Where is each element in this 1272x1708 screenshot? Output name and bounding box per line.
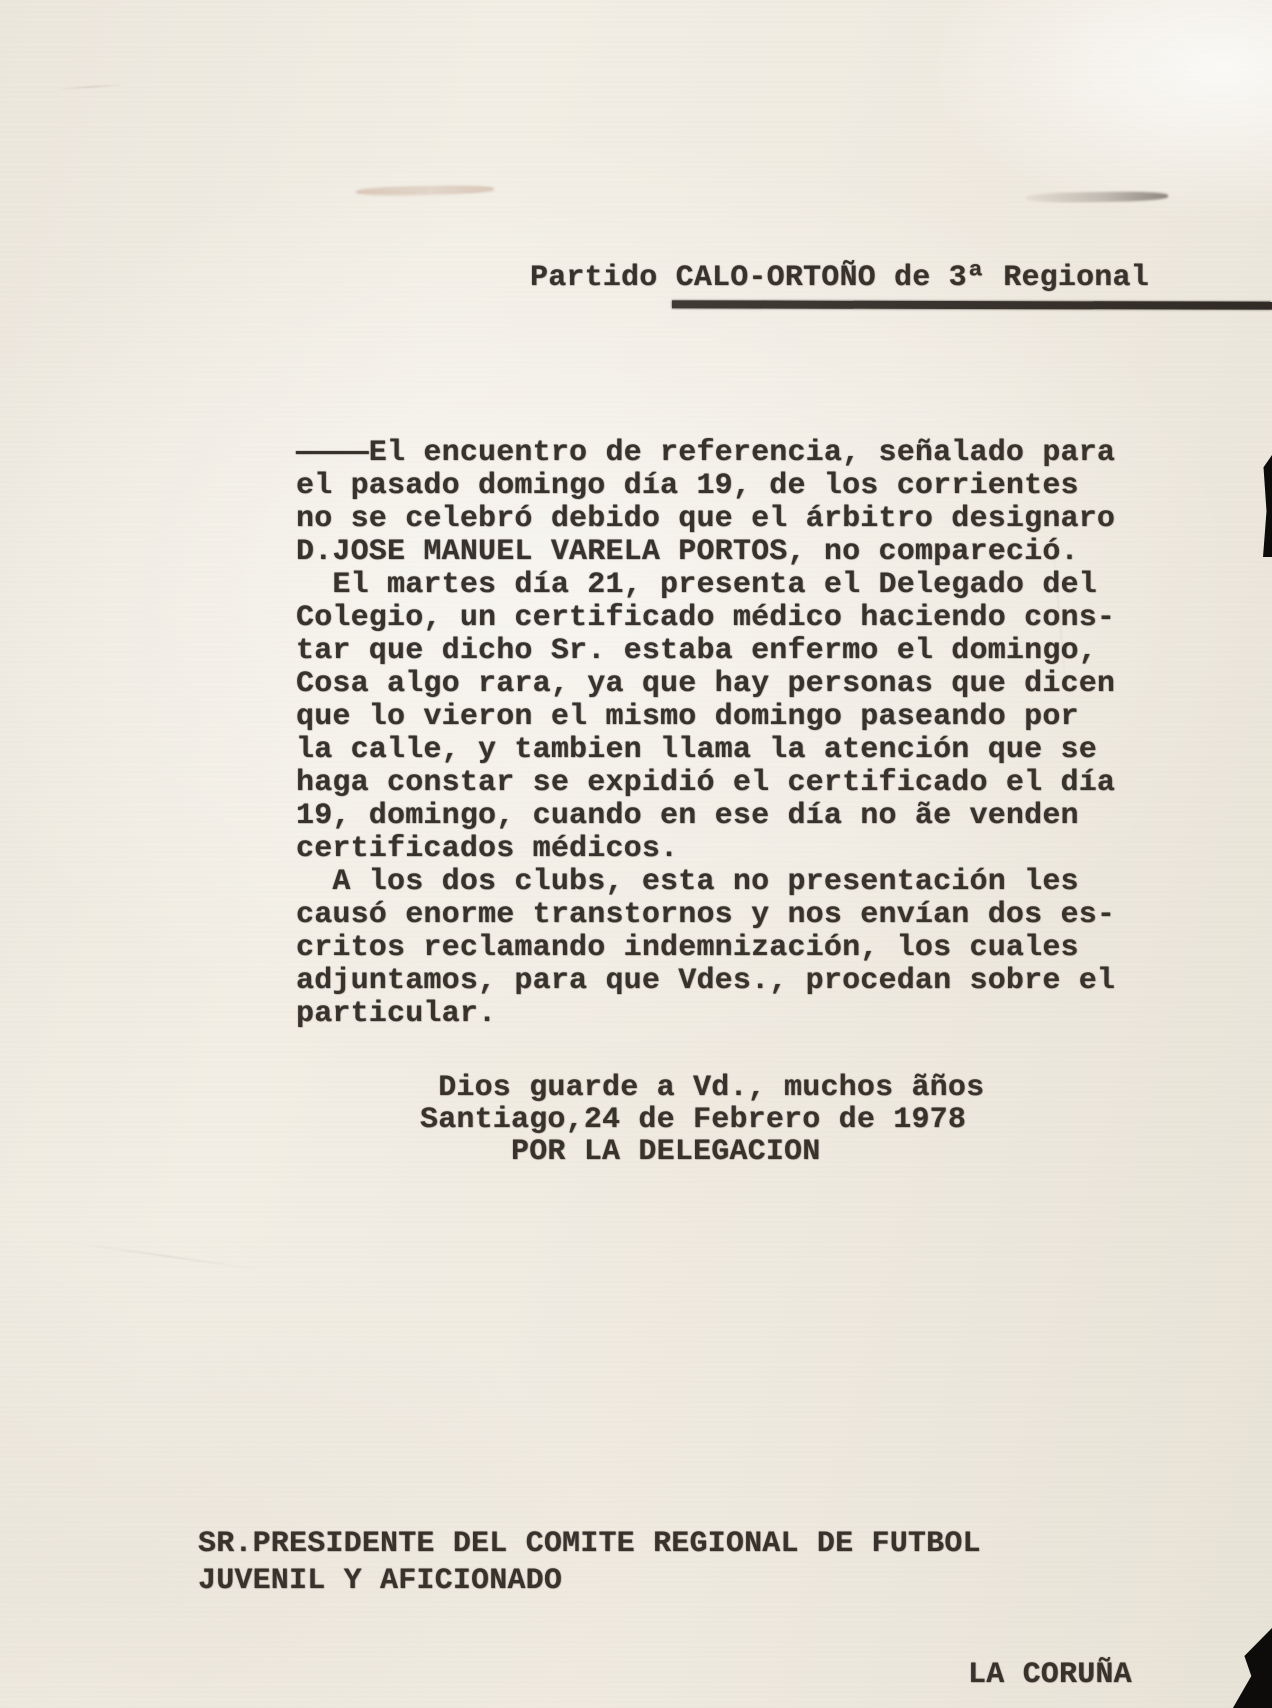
body-line: no se celebró debido que el árbitro desi…: [296, 503, 1115, 536]
body-line: critos reclamando indemnización, los cua…: [296, 932, 1115, 965]
torn-edge-corner: [1226, 1628, 1272, 1708]
addressee-block: SR.PRESIDENTE DEL COMITE REGIONAL DE FUT…: [198, 1526, 981, 1600]
body-line: Cosa algo rara, ya que hay personas que …: [296, 668, 1115, 701]
closing-line-signature: POR LA DELEGACION: [420, 1136, 984, 1168]
body-line: certificados médicos.: [296, 833, 1115, 866]
subject-prefix: Partido: [530, 261, 676, 295]
paper-crease: [55, 84, 125, 91]
closing-line: Dios guarde a Vd., muchos ãños: [420, 1072, 984, 1104]
subject-line: Partido CALO-ORTOÑO de 3ª Regional: [530, 262, 1149, 295]
body-line: Colegio, un certificado médico haciendo …: [296, 602, 1115, 635]
pencil-smudge-right: [1026, 191, 1168, 203]
body-line: El martes día 21, presenta el Delegado d…: [296, 569, 1115, 602]
torn-edge-right: [1262, 455, 1272, 557]
place-name: LA CORUÑA: [968, 1659, 1132, 1692]
body-line: tar que dicho Sr. estaba enfermo el domi…: [296, 635, 1115, 668]
body-line: que lo vieron el mismo domingo paseando …: [296, 701, 1115, 734]
body-line: causó enorme transtornos y nos envían do…: [296, 899, 1115, 932]
body-line: D.JOSE MANUEL VARELA PORTOS, no comparec…: [296, 536, 1115, 569]
addressee-line: JUVENIL Y AFICIONADO: [198, 1563, 981, 1600]
paper-crease: [71, 1242, 259, 1270]
pencil-smudge-left: [356, 185, 494, 197]
subject-underline: [672, 300, 1272, 309]
body-line: particular.: [296, 998, 1115, 1031]
letter-body: ————El encuentro de referencia, señalado…: [296, 437, 1115, 1031]
letter-closing: Dios guarde a Vd., muchos ãños Santiago,…: [420, 1072, 984, 1168]
body-line: haga constar se expidió el certificado e…: [296, 767, 1115, 800]
body-line: la calle, y tambien llama la atención qu…: [296, 734, 1115, 767]
body-line: 19, domingo, cuando en ese día no ãe ven…: [296, 800, 1115, 833]
body-line: adjuntamos, para que Vdes., procedan sob…: [296, 965, 1115, 998]
body-line: el pasado domingo día 19, de los corrien…: [296, 470, 1115, 503]
closing-line-date: Santiago,24 de Febrero de 1978: [420, 1104, 984, 1136]
subject-match-name: CALO-ORTOÑO de 3ª Regional: [676, 261, 1149, 295]
body-line: A los dos clubs, esta no presentación le…: [296, 866, 1115, 899]
addressee-line: SR.PRESIDENTE DEL COMITE REGIONAL DE FUT…: [198, 1526, 981, 1563]
scanned-letter-page: Partido CALO-ORTOÑO de 3ª Regional ————E…: [0, 0, 1272, 1708]
body-line: ————El encuentro de referencia, señalado…: [296, 437, 1115, 470]
